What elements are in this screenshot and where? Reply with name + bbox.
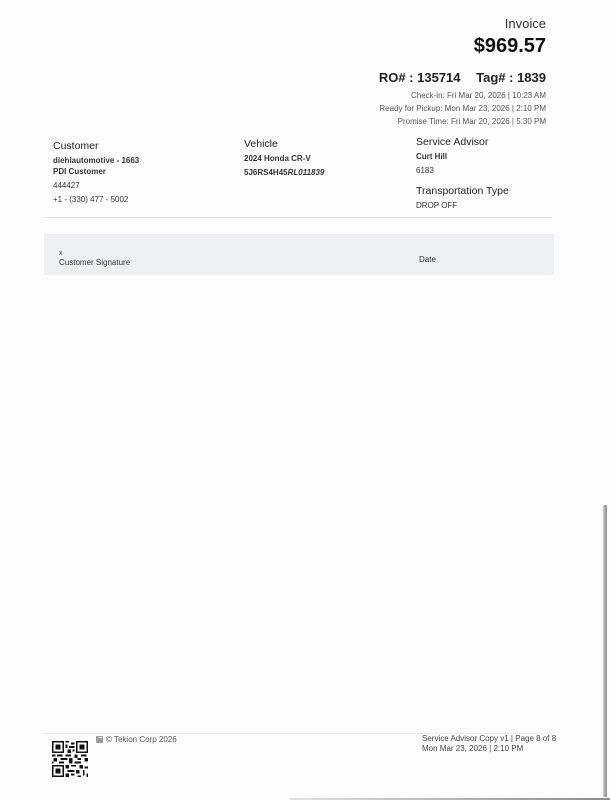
tag-number: 1839 bbox=[517, 70, 546, 85]
signature-x-mark: x bbox=[59, 250, 63, 257]
ro-number: 135714 bbox=[417, 70, 460, 85]
date-label: Date bbox=[419, 255, 436, 264]
tag-label: Tag# : bbox=[476, 70, 517, 85]
document-title: Invoice bbox=[379, 16, 546, 32]
copyright-notice: © Tekion Corp 2026 bbox=[96, 735, 177, 744]
service-advisor-name: Curt Hill bbox=[416, 151, 509, 162]
customer-signature-label: Customer Signature bbox=[59, 258, 130, 267]
qr-code-icon bbox=[52, 741, 88, 777]
customer-label: Customer bbox=[53, 139, 139, 153]
scan-edge-right bbox=[603, 505, 607, 797]
vin-prefix: 5J6RS4H45 bbox=[244, 168, 288, 177]
vehicle-vin: 5J6RS4H45RL011839 bbox=[244, 167, 324, 178]
printed-at: Mon Mar 23, 2026 | 2:10 PM bbox=[422, 744, 556, 754]
copy-info: Service Advisor Copy v1 | Page 8 of 8 bbox=[422, 734, 556, 744]
customer-name: PDI Customer bbox=[53, 166, 139, 177]
transportation-type-value: DROP OFF bbox=[416, 200, 509, 211]
service-times: Check-in: Fri Mar 20, 2026 | 10:23 AM Re… bbox=[379, 89, 546, 128]
transportation-type-label: Transportation Type bbox=[416, 184, 509, 198]
service-advisor-id: 6183 bbox=[416, 165, 509, 176]
vehicle-label: Vehicle bbox=[244, 137, 324, 151]
customer-phone: +1 - (330) 477 - 5002 bbox=[53, 194, 139, 205]
customer-id: 444427 bbox=[53, 180, 139, 191]
order-identifiers: RO# : 135714 Tag# : 1839 bbox=[379, 70, 546, 86]
customer-section: Customer diehlautomotive - 1663 PDI Cust… bbox=[53, 139, 139, 205]
vehicle-description: 2024 Honda CR-V bbox=[244, 153, 324, 164]
footer-page-info: Service Advisor Copy v1 | Page 8 of 8 Mo… bbox=[422, 734, 556, 754]
section-divider bbox=[44, 217, 552, 218]
promise-time: Promise Time: Fri Mar 20, 2026 | 5:30 PM bbox=[379, 115, 546, 128]
vin-suffix: RL011839 bbox=[288, 168, 325, 177]
service-advisor-label: Service Advisor bbox=[416, 135, 509, 149]
ro-label: RO# : bbox=[379, 70, 417, 85]
check-in-time: Check-in: Fri Mar 20, 2026 | 10:23 AM bbox=[379, 89, 546, 102]
signature-area[interactable]: x Customer Signature Date bbox=[44, 234, 554, 275]
vehicle-section: Vehicle 2024 Honda CR-V 5J6RS4H45RL01183… bbox=[244, 137, 324, 178]
service-advisor-section: Service Advisor Curt Hill 6183 Transport… bbox=[416, 135, 509, 211]
customer-account: diehlautomotive - 1663 bbox=[53, 155, 139, 166]
invoice-header: Invoice $969.57 RO# : 135714 Tag# : 1839… bbox=[379, 16, 546, 128]
invoice-page: Invoice $969.57 RO# : 135714 Tag# : 1839… bbox=[0, 0, 610, 800]
invoice-total: $969.57 bbox=[379, 34, 546, 58]
tekion-logo-icon bbox=[96, 736, 103, 743]
ready-for-pickup-time: Ready for Pickup: Mon Mar 23, 2026 | 2:1… bbox=[379, 102, 546, 115]
copyright-text: © Tekion Corp 2026 bbox=[106, 735, 177, 744]
